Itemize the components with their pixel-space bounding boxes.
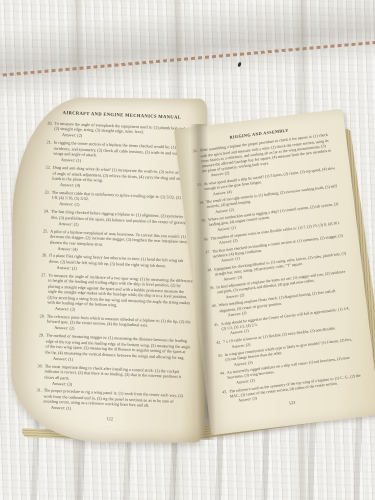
open-book: AIRCRAFT AND ENGINE MECHANICS MANUAL 20.… xyxy=(8,96,370,448)
question-item: 22. Drag and anti-drag wires do what? (1… xyxy=(41,164,198,193)
question-text: The most important thing to check after … xyxy=(44,363,181,380)
right-question-list: 32. After assembling a biplane the prope… xyxy=(189,133,363,406)
question-number: 23. xyxy=(40,189,50,206)
question-body: The method of measuring stagger is: (1) … xyxy=(45,333,191,367)
question-number: 22. xyxy=(41,164,51,187)
question-number: 43. xyxy=(214,353,225,370)
question-number: 45. xyxy=(218,390,229,407)
question-number: 26. xyxy=(38,253,48,270)
photo-scene: AIRCRAFT AND ENGINE MECHANICS MANUAL 20.… xyxy=(0,0,375,500)
question-item: 29. The method of measuring stagger is: … xyxy=(34,332,191,366)
question-number: 28. xyxy=(35,313,45,330)
question-number: 30. xyxy=(33,363,43,386)
question-body: The most important thing to check after … xyxy=(44,363,190,391)
question-body: A pilot of a biplane complained of nose … xyxy=(49,228,195,256)
question-item: 31. The proper procedure to rig a wing p… xyxy=(32,387,189,416)
question-item: 30. The most important thing to check af… xyxy=(33,363,190,392)
left-question-list: 20. To measure the angle of sweepback th… xyxy=(32,120,200,416)
lighting-shadow xyxy=(0,0,375,102)
question-number: 27. xyxy=(36,272,47,311)
left-page-header: AIRCRAFT AND ENGINE MECHANICS MANUAL xyxy=(44,109,200,121)
question-number: 25. xyxy=(38,228,48,251)
question-text: A pilot of a biplane complained of nose … xyxy=(50,228,194,246)
question-number: 29. xyxy=(34,332,44,360)
question-body: The proper procedure to rig a wing panel… xyxy=(43,388,189,416)
question-number: 44. xyxy=(216,371,227,388)
question-body: To measure the angle of incidence of a t… xyxy=(47,272,193,316)
question-number: 24. xyxy=(39,209,49,226)
question-text: To measure the angle of incidence of a t… xyxy=(47,272,193,307)
question-item: 27. To measure the angle of incidence of… xyxy=(36,272,193,317)
question-number: 31. xyxy=(32,387,42,410)
question-item: 25. A pilot of a biplane complained of n… xyxy=(38,228,195,257)
question-text: Drag and anti-drag wires do what? (1) in… xyxy=(52,165,196,183)
question-number: 20. xyxy=(43,120,53,137)
question-body: Drag and anti-drag wires do what? (1) in… xyxy=(52,165,198,193)
question-number: 21. xyxy=(42,140,52,163)
